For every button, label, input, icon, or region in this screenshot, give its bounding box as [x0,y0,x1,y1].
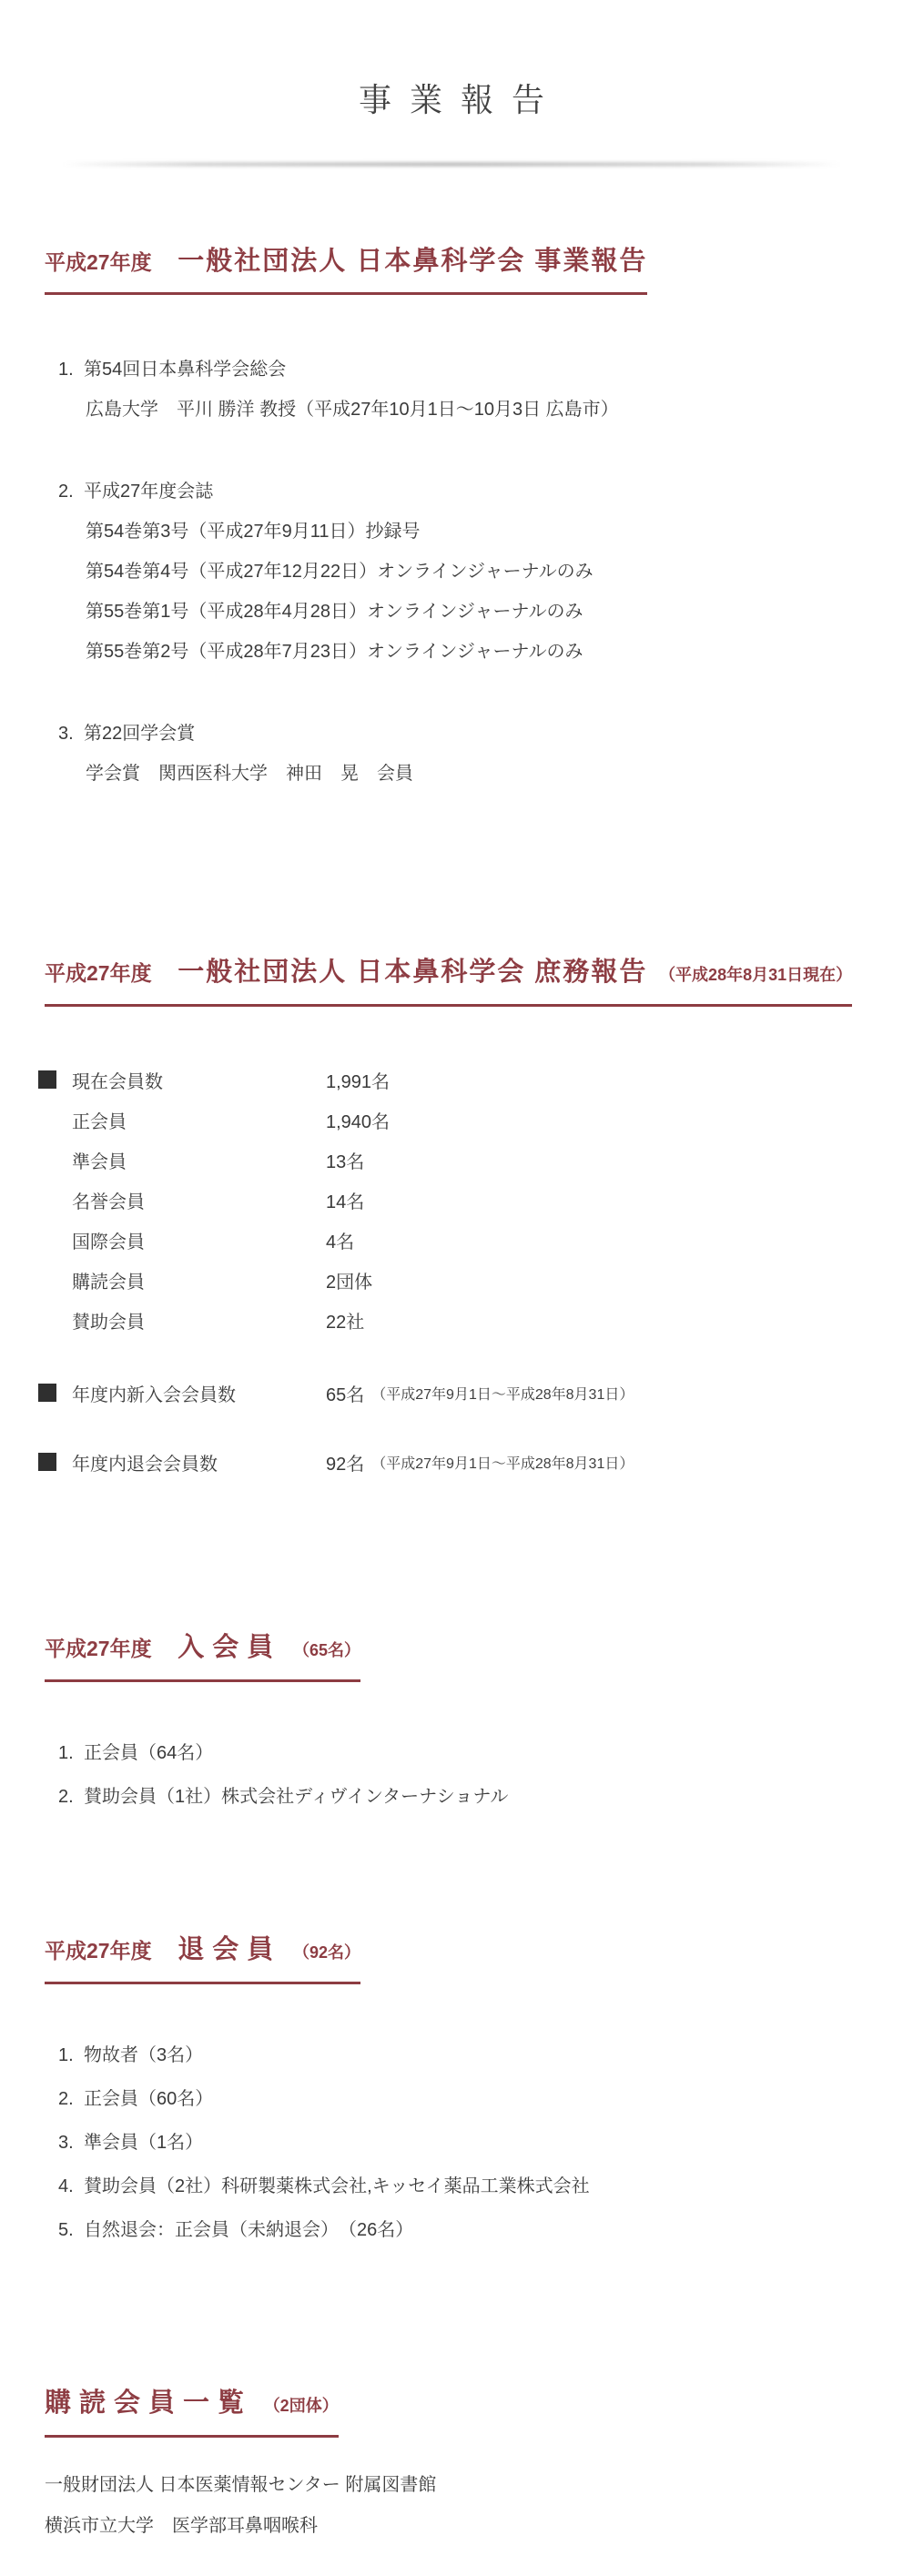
list-number: 1. [58,2035,84,2075]
list-item-title-line: 3.第22回学会賞 [58,714,876,754]
member-row: 正会員 1,940名 [38,1100,876,1140]
list-item: 2.正会員（60名） [58,2079,876,2119]
list-item-text: 正会員（64名） [84,1743,213,1763]
list-item-line: 5.自然退会：正会員（未納退会） （26名） [58,2210,876,2250]
member-label: 名誉会員 [72,1187,326,1213]
business-report-list: 1.第54回日本鼻科学会総会 広島大学 平川 勝洋 教授（平成27年10月1日～… [58,350,876,794]
member-value: 1,991名 [326,1067,390,1093]
list-item-text: 自然退会：正会員（未納退会） （26名） [84,2220,413,2240]
heading-main-label: 購読会員一覧 [45,2388,252,2418]
section-heading-kodoku: 購読会員一覧 （2団体） [45,2385,339,2438]
subscriber-line: 横浜市立大学 医学部耳鼻咽喉科 [45,2506,876,2547]
member-label: 現在会員数 [72,1067,326,1093]
list-number: 3. [58,714,84,754]
member-value: 14名 [326,1187,364,1213]
list-item: 1.物故者（3名） [58,2035,876,2075]
heading-count-note: （65名） [293,1641,360,1659]
list-item-text: 準会員（1名） [84,2133,203,2153]
list-number: 2. [58,472,84,512]
summary-period-note: （平成27年9月1日～平成28年8月31日） [371,1452,634,1473]
list-item-title: 平成27年度会誌 [84,482,213,502]
heading-main-label: 一般社団法人 日本鼻科学会 庶務報告 [178,958,647,987]
heading-date-note: （平成28年8月31日現在） [659,966,852,984]
section-business-report: 平成27年度 一般社団法人 日本鼻科学会 事業報告 1.第54回日本鼻科学会総会… [45,243,876,794]
list-item-line: 2.正会員（60名） [58,2079,876,2119]
member-row: 名誉会員 14名 [38,1180,876,1220]
heading-main-label: 入会員 [178,1633,281,1662]
list-item-text: 賛助会員（1社）株式会社ディヴインターナショナル [84,1787,508,1807]
square-bullet-icon [38,1070,56,1089]
square-bullet-icon [38,1453,56,1471]
member-value: 22社 [326,1307,364,1334]
detail-line: 第54巻第4号（平成27年12月22日）オンラインジャーナルのみ [86,552,876,592]
detail-line: 学会賞 関西医科大学 神田 晃 会員 [86,754,876,794]
list-number: 3. [58,2123,84,2163]
list-item-details: 第54巻第3号（平成27年9月11日）抄録号 第54巻第4号（平成27年12月2… [58,512,876,672]
member-value: 1,940名 [326,1107,390,1133]
heading-count-note: （2団体） [264,2397,339,2415]
member-summary-row: 年度内退会会員数 92名 （平成27年9月1日～平成28年8月31日） [38,1442,876,1482]
member-label: 賛助会員 [72,1307,326,1334]
member-row: 現在会員数 1,991名 [38,1060,876,1100]
member-row: 購読会員 2団体 [38,1260,876,1300]
withdrawn-members-list: 1.物故者（3名） 2.正会員（60名） 3.準会員（1名） 4.賛助会員（2社… [58,2035,876,2250]
list-item-line: 3.準会員（1名） [58,2123,876,2163]
list-item: 3.第22回学会賞 学会賞 関西医科大学 神田 晃 会員 [58,714,876,794]
section-general-affairs-report: 平成27年度 一般社団法人 日本鼻科学会 庶務報告 （平成28年8月31日現在）… [45,954,876,1482]
page-header: 事業報告 [0,0,903,167]
list-item-line: 4.賛助会員（2社）科研製薬株式会社,キッセイ薬品工業株式会社 [58,2166,876,2206]
section-heading-business: 平成27年度 一般社団法人 日本鼻科学会 事業報告 [45,243,647,295]
new-members-list: 1.正会員（64名） 2.賛助会員（1社）株式会社ディヴインターナショナル [58,1733,876,1817]
list-item-line: 1.正会員（64名） [58,1733,876,1773]
list-item-title: 第22回学会賞 [84,724,195,744]
member-value: 13名 [326,1147,364,1173]
list-item-title-line: 1.第54回日本鼻科学会総会 [58,350,876,390]
page-title: 事業報告 [0,78,903,122]
list-item-text: 正会員（60名） [84,2089,213,2109]
list-number: 1. [58,1733,84,1773]
subscriber-line: 一般財団法人 日本医薬情報センター 附属図書館 [45,2465,876,2506]
list-item-title: 第54回日本鼻科学会総会 [84,360,286,380]
summary-period-note: （平成27年9月1日～平成28年8月31日） [371,1383,634,1404]
heading-era-label: 平成27年度 [45,1637,152,1660]
list-number: 5. [58,2210,84,2250]
detail-line: 第54巻第3号（平成27年9月11日）抄録号 [86,512,876,552]
member-row: 賛助会員 22社 [38,1300,876,1340]
member-label: 購読会員 [72,1267,326,1293]
section-subscriber-members: 購読会員一覧 （2団体） 一般財団法人 日本医薬情報センター 附属図書館 横浜市… [45,2385,876,2547]
list-item: 3.準会員（1名） [58,2123,876,2163]
detail-line: 第55巻第2号（平成28年7月23日）オンラインジャーナルのみ [86,632,876,672]
member-label: 正会員 [72,1107,326,1133]
heading-count-note: （92名） [293,1943,360,1962]
heading-era-label: 平成27年度 [45,1939,152,1962]
square-bullet-icon [38,1384,56,1402]
list-item-text: 物故者（3名） [84,2045,203,2065]
list-number: 4. [58,2166,84,2206]
subscriber-list: 一般財団法人 日本医薬情報センター 附属図書館 横浜市立大学 医学部耳鼻咽喉科 [45,2465,876,2547]
heading-era-label: 平成27年度 [45,961,152,985]
summary-label: 年度内新入会会員数 [72,1380,326,1406]
member-value: 2団体 [326,1267,372,1293]
member-summary-row: 年度内新入会会員数 65名 （平成27年9月1日～平成28年8月31日） [38,1373,876,1413]
list-item-title-line: 2.平成27年度会誌 [58,472,876,512]
member-row: 国際会員 4名 [38,1220,876,1260]
heading-main-label: 一般社団法人 日本鼻科学会 事業報告 [178,247,647,276]
section-withdrawn-members: 平成27年度 退会員 （92名） 1.物故者（3名） 2.正会員（60名） 3.… [45,1932,876,2250]
summary-value: 65名 [326,1380,364,1406]
summary-label: 年度内退会会員数 [72,1449,326,1476]
section-heading-nyukai: 平成27年度 入会員 （65名） [45,1629,360,1682]
detail-line: 第55巻第1号（平成28年4月28日）オンラインジャーナルのみ [86,592,876,632]
heading-era-label: 平成27年度 [45,250,152,274]
section-heading-somu: 平成27年度 一般社団法人 日本鼻科学会 庶務報告 （平成28年8月31日現在） [45,954,852,1007]
list-item-text: 賛助会員（2社）科研製薬株式会社,キッセイ薬品工業株式会社 [84,2176,590,2196]
list-item: 4.賛助会員（2社）科研製薬株式会社,キッセイ薬品工業株式会社 [58,2166,876,2206]
member-label: 国際会員 [72,1227,326,1253]
summary-value: 92名 [326,1449,364,1476]
list-item: 2.平成27年度会誌 第54巻第3号（平成27年9月11日）抄録号 第54巻第4… [58,472,876,672]
list-item-line: 1.物故者（3名） [58,2035,876,2075]
section-heading-taikai: 平成27年度 退会員 （92名） [45,1932,360,1984]
list-item: 2.賛助会員（1社）株式会社ディヴインターナショナル [58,1777,876,1817]
list-number: 2. [58,1777,84,1817]
detail-line: 広島大学 平川 勝洋 教授（平成27年10月1日～10月3日 広島市） [86,390,876,430]
list-number: 2. [58,2079,84,2119]
list-item: 5.自然退会：正会員（未納退会） （26名） [58,2210,876,2250]
member-value: 4名 [326,1227,354,1253]
member-count-table: 現在会員数 1,991名 正会員 1,940名 準会員 13名 名誉会員 14名… [38,1060,876,1482]
list-item: 1.正会員（64名） [58,1733,876,1773]
member-row: 準会員 13名 [38,1140,876,1180]
list-item-line: 2.賛助会員（1社）株式会社ディヴインターナショナル [58,1777,876,1817]
heading-main-label: 退会員 [178,1935,281,1964]
list-item-details: 学会賞 関西医科大学 神田 晃 会員 [58,754,876,794]
section-new-members: 平成27年度 入会員 （65名） 1.正会員（64名） 2.賛助会員（1社）株式… [45,1629,876,1817]
header-shadow-divider [55,162,848,167]
list-number: 1. [58,350,84,390]
list-item-details: 広島大学 平川 勝洋 教授（平成27年10月1日～10月3日 広島市） [58,390,876,430]
list-item: 1.第54回日本鼻科学会総会 広島大学 平川 勝洋 教授（平成27年10月1日～… [58,350,876,430]
member-label: 準会員 [72,1147,326,1173]
